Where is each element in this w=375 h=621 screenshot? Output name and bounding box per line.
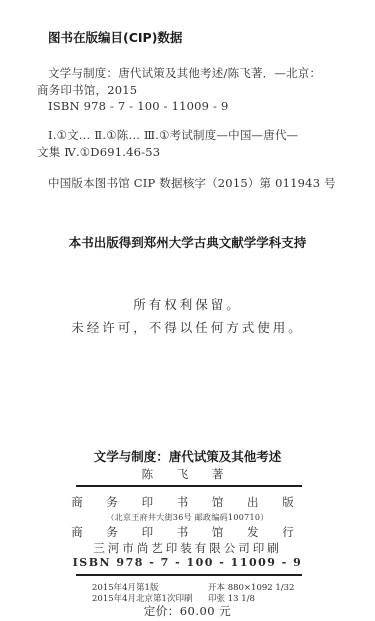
cip-heading: 图书在版编目(CIP)数据 <box>48 28 182 46</box>
colophon-top-rule <box>76 485 302 487</box>
cip-record-line-1: 文学与制度：唐代试策及其他考述/陈飞著．—北京： <box>48 65 321 81</box>
colophon-publisher: 商 务 印 书 馆 出 版 <box>0 494 375 510</box>
colophon-price: 定价：60.00 元 <box>0 603 375 619</box>
colophon-title: 文学与制度：唐代试策及其他考述 <box>0 447 375 465</box>
cip-record-line-2: 商务印书馆，2015 <box>37 82 137 98</box>
colophon-author: 陈 飞 著 <box>0 466 375 482</box>
colophon-bottom-rule <box>76 574 302 576</box>
rights-line-1: 所有权利保留。 <box>0 295 375 313</box>
colophon-distributor: 商 务 印 书 馆 发 行 <box>0 524 375 540</box>
cip-approval-number: 中国版本图书馆 CIP 数据核字（2015）第 011943 号 <box>48 175 336 191</box>
cip-classification-line-1: Ⅰ.①文… Ⅱ.①陈… Ⅲ.①考试制度—中国—唐代— <box>48 127 298 143</box>
rights-line-2: 未经许可，不得以任何方式使用。 <box>0 318 375 336</box>
colophon-isbn: ISBN 978 - 7 - 100 - 11009 - 9 <box>0 556 375 569</box>
support-note: 本书出版得到郑州大学古典文献学学科支持 <box>0 233 375 251</box>
cip-classification-line-2: 文集 Ⅳ.①D691.46-53 <box>37 144 160 160</box>
colophon-printer: 三河市尚艺印装有限公司印刷 <box>0 540 375 556</box>
colophon-address: （北京王府井大街36号 邮政编码100710） <box>0 512 375 523</box>
cip-isbn: ISBN 978 - 7 - 100 - 11009 - 9 <box>48 99 229 113</box>
